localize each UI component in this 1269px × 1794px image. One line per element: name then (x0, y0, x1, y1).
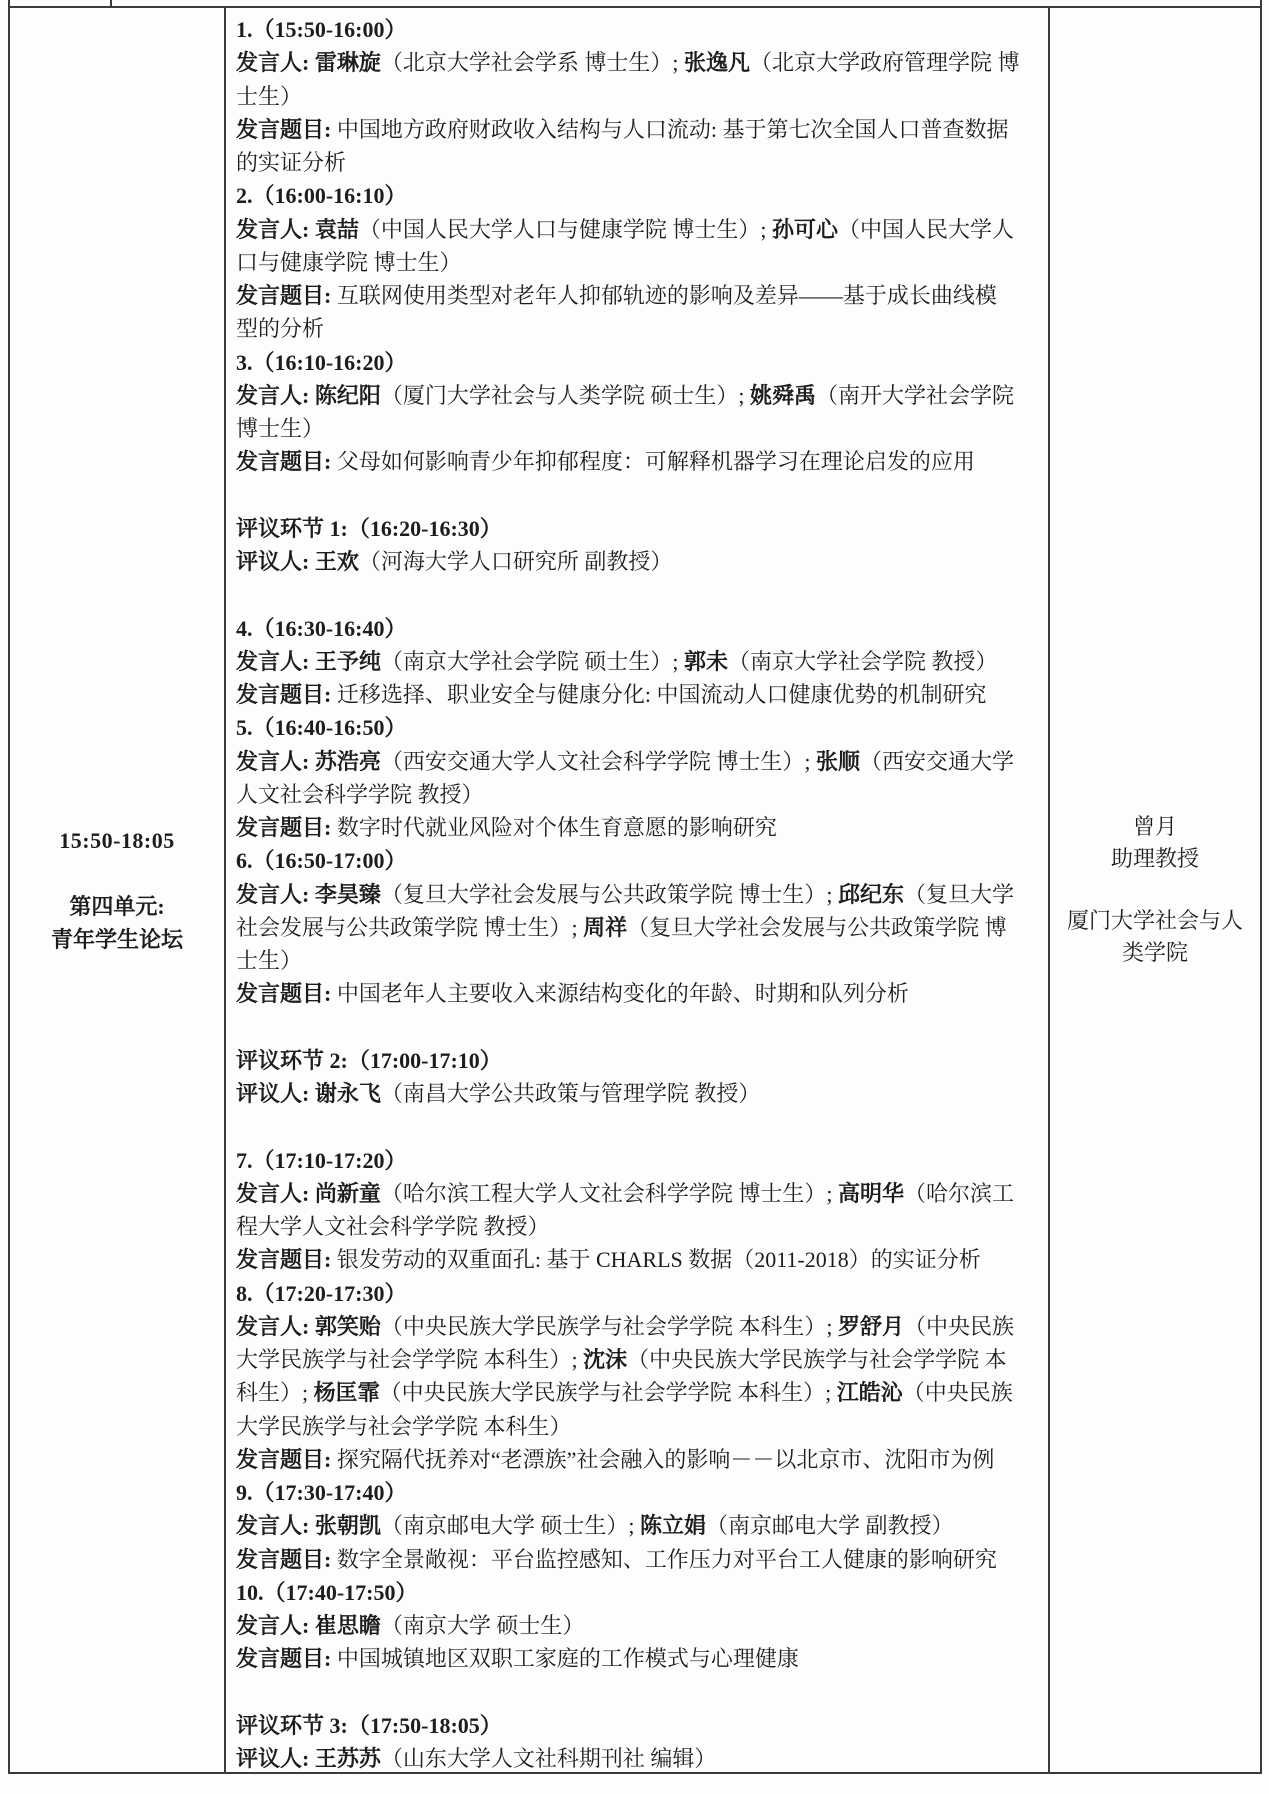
schedule-line-bold-segment: 发言人: 郭笑贻 (236, 1314, 381, 1339)
schedule-line-segment: 数字全景敞视：平台监控感知、工作压力对平台工人健康的影响研究 (337, 1547, 997, 1572)
schedule-line: 发言人: 王予纯（南京大学社会学院 硕士生）; 郭未（南京大学社会学院 教授） (236, 645, 1038, 678)
schedule-line: 发言人: 李昊臻（复旦大学社会发展与公共政策学院 博士生）; 邱纪东（复旦大学 (236, 878, 1038, 911)
schedule-detail-cell: 1.（15:50-16:00）发言人: 雷琳旋（北京大学社会学系 博士生）; 张… (226, 8, 1048, 1772)
schedule-line: 发言人: 郭笑贻（中央民族大学民族学与社会学学院 本科生）; 罗舒月（中央民族 (236, 1310, 1038, 1343)
schedule-line-bold-segment: 2.（16:00-16:10） (236, 183, 406, 208)
schedule-line-segment: 大学民族学与社会学学院 本科生）; (236, 1347, 583, 1372)
schedule-line-bold-segment: 评议人: 王苏苏 (236, 1746, 381, 1771)
schedule-line-segment: （南开大学社会学院 (816, 383, 1014, 408)
schedule-line (236, 1676, 1038, 1709)
schedule-line-segment: （北京大学政府管理学院 博 (750, 50, 1020, 75)
schedule-line-segment: 中国老年人主要收入来源结构变化的年龄、时期和队列分析 (337, 981, 909, 1006)
schedule-line-segment: （哈尔滨工程大学人文社会科学学院 博士生）; (381, 1181, 838, 1206)
schedule-line-segment: 数字时代就业风险对个体生育意愿的影响研究 (337, 815, 777, 840)
schedule-line-bold-segment: 3.（16:10-16:20） (236, 350, 406, 375)
schedule-line-segment: 中国城镇地区双职工家庭的工作模式与心理健康 (337, 1646, 799, 1671)
schedule-line: 8.（17:20-17:30） (236, 1277, 1038, 1310)
schedule-line-segment: （中央民族大学民族学与社会学学院 本科生）; (380, 1380, 837, 1405)
schedule-line: 评议人: 王苏苏（山东大学人文社科期刊社 编辑） (236, 1742, 1038, 1772)
schedule-line: 发言人: 张朝凯（南京邮电大学 硕士生）; 陈立娟（南京邮电大学 副教授） (236, 1509, 1038, 1542)
schedule-line: 发言题目: 迁移选择、职业安全与健康分化: 中国流动人口健康优势的机制研究 (236, 678, 1038, 711)
schedule-line: 科生）; 杨匡霏（中央民族大学民族学与社会学学院 本科生）; 江皓沁（中央民族 (236, 1376, 1038, 1409)
schedule-line-bold-segment: 发言人: 张朝凯 (236, 1513, 381, 1538)
schedule-line: 2.（16:00-16:10） (236, 179, 1038, 212)
schedule-line-bold-segment: 6.（16:50-17:00） (236, 848, 406, 873)
schedule-line-bold-segment: 江皓沁 (837, 1380, 903, 1405)
schedule-line: 发言人: 雷琳旋（北京大学社会学系 博士生）; 张逸凡（北京大学政府管理学院 博 (236, 46, 1038, 79)
schedule-line-bold-segment: 邱纪东 (838, 882, 904, 907)
schedule-line-segment: （中国人民大学人口与健康学院 博士生）; (359, 217, 772, 242)
schedule-line: 评议人: 王欢（河海大学人口研究所 副教授） (236, 545, 1038, 578)
schedule-line-bold-segment: 评议环节 2:（17:00-17:10） (236, 1048, 502, 1073)
schedule-line: 大学民族学与社会学学院 本科生）; 沈沫（中央民族大学民族学与社会学学院 本 (236, 1343, 1038, 1376)
schedule-line-bold-segment: 发言人: 苏浩亮 (236, 749, 381, 774)
schedule-line-segment: （中央民族 (903, 1380, 1013, 1405)
schedule-line-bold-segment: 发言人: 袁喆 (236, 217, 359, 242)
schedule-line: 口与健康学院 博士生） (236, 246, 1038, 279)
schedule-line-segment: （中央民族 (904, 1314, 1014, 1339)
schedule-line-bold-segment: 张顺 (816, 749, 860, 774)
schedule-line-segment: 型的分析 (236, 316, 324, 341)
conference-program-page: 15:50-18:05 第四单元: 青年学生论坛 1.（15:50-16:00）… (0, 0, 1269, 1794)
session-info-cell: 15:50-18:05 第四单元: 青年学生论坛 (10, 8, 226, 1772)
schedule-line-segment: （复旦大学社会发展与公共政策学院 博士生）; (381, 882, 838, 907)
schedule-line-segment: （中国人民大学人 (838, 217, 1014, 242)
schedule-line: 发言题目: 数字全景敞视：平台监控感知、工作压力对平台工人健康的影响研究 (236, 1543, 1038, 1576)
schedule-line-segment: （中央民族大学民族学与社会学学院 本科生）; (381, 1314, 838, 1339)
schedule-line: 发言人: 陈纪阳（厦门大学社会与人类学院 硕士生）; 姚舜禹（南开大学社会学院 (236, 379, 1038, 412)
schedule-line-bold-segment: 发言题目: (236, 1646, 337, 1671)
schedule-line: 发言题目: 中国城镇地区双职工家庭的工作模式与心理健康 (236, 1642, 1038, 1675)
moderator-title: 助理教授 (1111, 843, 1199, 875)
schedule-line-segment: 父母如何影响青少年抑郁程度：可解释机器学习在理论启发的应用 (337, 449, 975, 474)
schedule-line-bold-segment: 发言题目: (236, 1247, 337, 1272)
schedule-line-segment: （厦门大学社会与人类学院 硕士生）; (381, 383, 750, 408)
session-unit-line2: 青年学生论坛 (51, 923, 183, 956)
schedule-line: 1.（15:50-16:00） (236, 13, 1038, 46)
schedule-line-segment: （南昌大学公共政策与管理学院 教授） (381, 1081, 761, 1106)
schedule-line-segment: 的实证分析 (236, 150, 346, 175)
schedule-line-segment: 科生）; (236, 1380, 314, 1405)
schedule-line-bold-segment: 陈立娟 (640, 1513, 706, 1538)
schedule-line-segment: 迁移选择、职业安全与健康分化: 中国流动人口健康优势的机制研究 (337, 682, 987, 707)
schedule-line: 5.（16:40-16:50） (236, 711, 1038, 744)
schedule-line-bold-segment: 发言题目: (236, 449, 337, 474)
moderator-cell: 曾月 助理教授 厦门大学社会与人类学院 (1048, 8, 1260, 1772)
schedule-line-segment: 口与健康学院 博士生） (236, 250, 462, 275)
schedule-line-bold-segment: 评议人: 王欢 (236, 549, 359, 574)
schedule-line-segment: （山东大学人文社科期刊社 编辑） (381, 1746, 717, 1771)
schedule-table: 15:50-18:05 第四单元: 青年学生论坛 1.（15:50-16:00）… (8, 6, 1262, 1774)
schedule-line-bold-segment: 8.（17:20-17:30） (236, 1281, 406, 1306)
schedule-line (236, 578, 1038, 611)
schedule-line: 社会发展与公共政策学院 博士生）; 周祥（复旦大学社会发展与公共政策学院 博 (236, 911, 1038, 944)
schedule-line-bold-segment: 10.（17:40-17:50） (236, 1580, 417, 1605)
schedule-line: 发言题目: 数字时代就业风险对个体生育意愿的影响研究 (236, 811, 1038, 844)
schedule-line: 发言人: 苏浩亮（西安交通大学人文社会科学学院 博士生）; 张顺（西安交通大学 (236, 745, 1038, 778)
moderator-name: 曾月 (1133, 811, 1177, 843)
schedule-line-bold-segment: 高明华 (838, 1181, 904, 1206)
schedule-line-segment: （复旦大学社会发展与公共政策学院 博 (627, 915, 1007, 940)
schedule-line: 发言题目: 中国地方政府财政收入结构与人口流动: 基于第七次全国人口普查数据 (236, 113, 1038, 146)
session-time-range: 15:50-18:05 (59, 824, 174, 857)
schedule-line: 发言题目: 探究隔代抚养对“老漂族”社会融入的影响－－以北京市、沈阳市为例 (236, 1443, 1038, 1476)
schedule-line-segment: 探究隔代抚养对“老漂族”社会融入的影响－－以北京市、沈阳市为例 (337, 1447, 995, 1472)
schedule-line: 9.（17:30-17:40） (236, 1476, 1038, 1509)
schedule-line-bold-segment: 7.（17:10-17:20） (236, 1148, 406, 1173)
schedule-line-bold-segment: 沈沫 (583, 1347, 627, 1372)
schedule-line-segment: （北京大学社会学系 博士生）; (381, 50, 684, 75)
schedule-line-bold-segment: 孙可心 (772, 217, 838, 242)
schedule-line-bold-segment: 评议人: 谢永飞 (236, 1081, 381, 1106)
schedule-line: 发言题目: 互联网使用类型对老年人抑郁轨迹的影响及差异——基于成长曲线模 (236, 279, 1038, 312)
schedule-line-bold-segment: 发言题目: (236, 283, 337, 308)
schedule-line: 博士生） (236, 412, 1038, 445)
schedule-line-bold-segment: 发言题目: (236, 682, 337, 707)
schedule-line (236, 479, 1038, 512)
schedule-line: 发言题目: 银发劳动的双重面孔: 基于 CHARLS 数据（2011-2018）… (236, 1243, 1038, 1276)
schedule-line-bold-segment: 评议环节 1:（16:20-16:30） (236, 516, 502, 541)
schedule-line (236, 1110, 1038, 1143)
session-unit-line1: 第四单元: (69, 890, 164, 923)
schedule-line-segment: （南京大学 硕士生） (381, 1613, 585, 1638)
schedule-line-segment: （中央民族大学民族学与社会学学院 本 (627, 1347, 1007, 1372)
schedule-line: 7.（17:10-17:20） (236, 1144, 1038, 1177)
schedule-line: 评议环节 3:（17:50-18:05） (236, 1709, 1038, 1742)
schedule-line-segment: 银发劳动的双重面孔: 基于 CHARLS 数据（2011-2018）的实证分析 (337, 1247, 981, 1272)
schedule-line-segment: （复旦大学 (904, 882, 1014, 907)
schedule-line: 型的分析 (236, 312, 1038, 345)
schedule-line: 评议人: 谢永飞（南昌大学公共政策与管理学院 教授） (236, 1077, 1038, 1110)
schedule-line: 4.（16:30-16:40） (236, 612, 1038, 645)
schedule-line-bold-segment: 9.（17:30-17:40） (236, 1480, 406, 1505)
schedule-line: 发言人: 崔思瞻（南京大学 硕士生） (236, 1609, 1038, 1642)
schedule-line: 人文社会科学学院 教授） (236, 778, 1038, 811)
schedule-line-bold-segment: 发言人: 尚新童 (236, 1181, 381, 1206)
schedule-line-bold-segment: 发言题目: (236, 815, 337, 840)
schedule-line-bold-segment: 发言题目: (236, 981, 337, 1006)
schedule-line: 士生） (236, 80, 1038, 113)
schedule-line-bold-segment: 4.（16:30-16:40） (236, 616, 406, 641)
schedule-line: 10.（17:40-17:50） (236, 1576, 1038, 1609)
schedule-line-segment: （西安交通大学 (860, 749, 1014, 774)
schedule-line-bold-segment: 姚舜禹 (750, 383, 816, 408)
schedule-line-bold-segment: 张逸凡 (684, 50, 750, 75)
schedule-line-bold-segment: 发言题目: (236, 117, 337, 142)
schedule-line-bold-segment: 杨匡霏 (314, 1380, 380, 1405)
schedule-line-bold-segment: 发言题目: (236, 1547, 337, 1572)
schedule-line-segment: （南京大学社会学院 教授） (728, 649, 998, 674)
schedule-line-segment: （西安交通大学人文社会科学学院 博士生）; (381, 749, 816, 774)
schedule-line: 3.（16:10-16:20） (236, 346, 1038, 379)
schedule-line: 发言人: 尚新童（哈尔滨工程大学人文社会科学学院 博士生）; 高明华（哈尔滨工 (236, 1177, 1038, 1210)
schedule-line-segment: 士生） (236, 84, 302, 109)
schedule-line-segment: （河海大学人口研究所 副教授） (359, 549, 673, 574)
schedule-line-segment: 大学民族学与社会学学院 本科生） (236, 1414, 572, 1439)
schedule-line-bold-segment: 1.（15:50-16:00） (236, 17, 406, 42)
schedule-line-segment: 士生） (236, 948, 302, 973)
schedule-line-bold-segment: 周祥 (583, 915, 627, 940)
schedule-line-bold-segment: 发言人: 陈纪阳 (236, 383, 381, 408)
schedule-line-segment: （南京邮电大学 硕士生）; (381, 1513, 640, 1538)
schedule-line-bold-segment: 发言人: 王予纯 (236, 649, 381, 674)
schedule-line: 发言题目: 中国老年人主要收入来源结构变化的年龄、时期和队列分析 (236, 977, 1038, 1010)
schedule-line (236, 1011, 1038, 1044)
schedule-line: 的实证分析 (236, 146, 1038, 179)
schedule-line: 士生） (236, 944, 1038, 977)
schedule-line-bold-segment: 郭未 (684, 649, 728, 674)
schedule-line-segment: 社会发展与公共政策学院 博士生）; (236, 915, 583, 940)
schedule-line: 发言题目: 父母如何影响青少年抑郁程度：可解释机器学习在理论启发的应用 (236, 445, 1038, 478)
moderator-affiliation: 厦门大学社会与人类学院 (1059, 905, 1251, 969)
schedule-line-segment: 人文社会科学学院 教授） (236, 782, 484, 807)
schedule-line-segment: 博士生） (236, 416, 324, 441)
schedule-line-segment: 互联网使用类型对老年人抑郁轨迹的影响及差异——基于成长曲线模 (337, 283, 997, 308)
schedule-line-bold-segment: 发言人: 雷琳旋 (236, 50, 381, 75)
schedule-line-segment: （南京邮电大学 副教授） (706, 1513, 954, 1538)
schedule-line: 评议环节 1:（16:20-16:30） (236, 512, 1038, 545)
schedule-line: 大学民族学与社会学学院 本科生） (236, 1410, 1038, 1443)
schedule-line-segment: （哈尔滨工 (904, 1181, 1014, 1206)
schedule-line-bold-segment: 罗舒月 (838, 1314, 904, 1339)
schedule-line-bold-segment: 发言题目: (236, 1447, 337, 1472)
schedule-line-bold-segment: 5.（16:40-16:50） (236, 715, 406, 740)
schedule-line-segment: 中国地方政府财政收入结构与人口流动: 基于第七次全国人口普查数据 (337, 117, 1009, 142)
schedule-line-segment: 程大学人文社会科学学院 教授） (236, 1214, 550, 1239)
schedule-line-bold-segment: 发言人: 崔思瞻 (236, 1613, 381, 1638)
schedule-line-segment: （南京大学社会学院 硕士生）; (381, 649, 684, 674)
schedule-line: 6.（16:50-17:00） (236, 844, 1038, 877)
schedule-line-bold-segment: 评议环节 3:（17:50-18:05） (236, 1713, 502, 1738)
schedule-line-bold-segment: 发言人: 李昊臻 (236, 882, 381, 907)
schedule-line: 程大学人文社会科学学院 教授） (236, 1210, 1038, 1243)
schedule-line: 评议环节 2:（17:00-17:10） (236, 1044, 1038, 1077)
schedule-line: 发言人: 袁喆（中国人民大学人口与健康学院 博士生）; 孙可心（中国人民大学人 (236, 213, 1038, 246)
